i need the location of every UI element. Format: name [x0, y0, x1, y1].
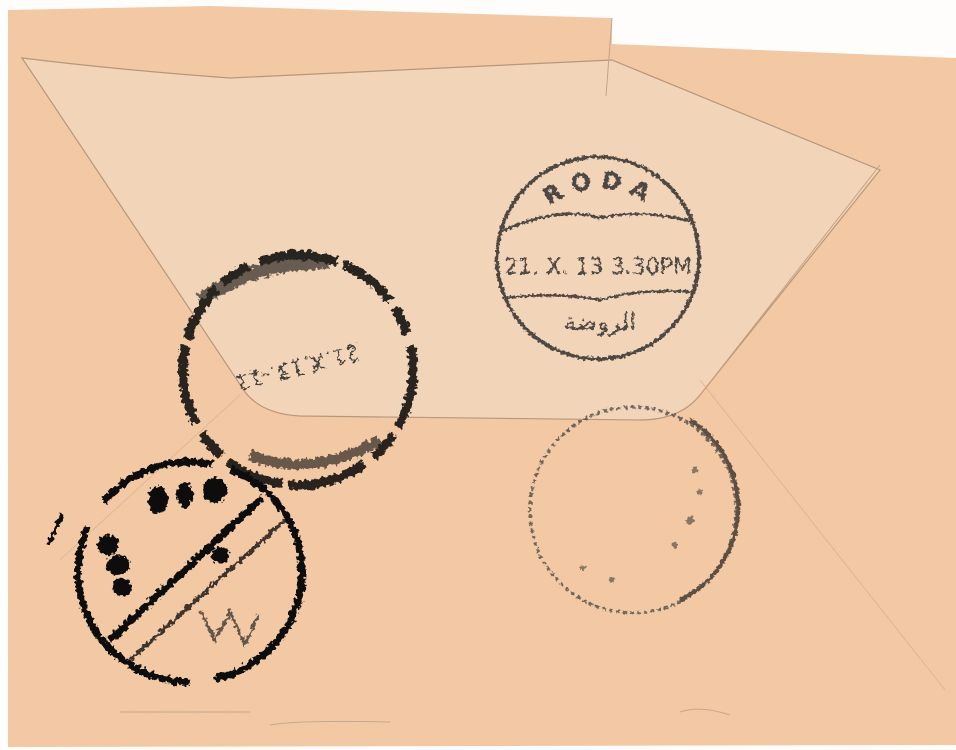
- postmark-arabic: الروضة: [564, 308, 636, 336]
- envelope-photo: RODA 21. X. 13 3.30PM الروضة 21.X.13.-11: [0, 0, 956, 750]
- postmark-roda: RODA 21. X. 13 3.30PM الروضة: [497, 157, 699, 359]
- postmark-date: 21. X. 13 3.30PM: [504, 255, 692, 280]
